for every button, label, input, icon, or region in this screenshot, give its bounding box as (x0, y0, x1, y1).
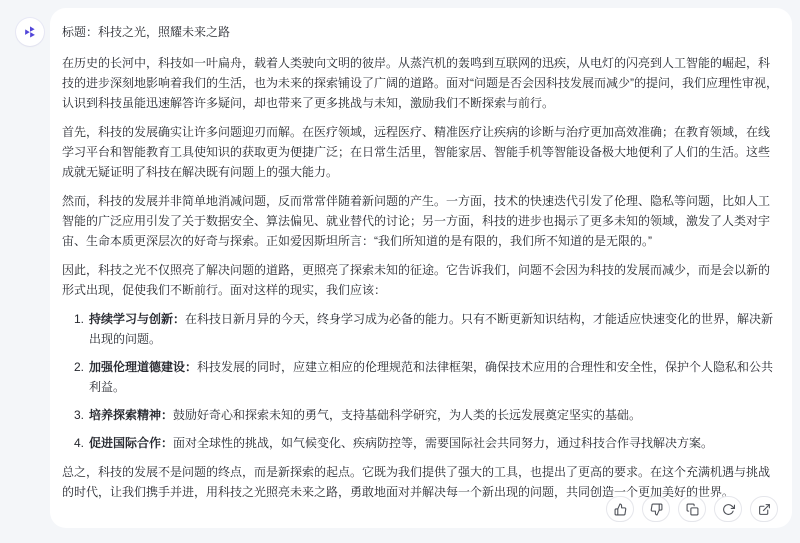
message-title: 标题：科技之光，照耀未来之路 (62, 22, 780, 42)
numbered-list: 1. 持续学习与创新：在科技日新月异的今天，终身学习成为必备的能力。只有不断更新… (62, 309, 780, 453)
list-item-text: 促进国际合作：面对全球性的挑战，如气候变化、疾病防控等，需要国际社会共同努力，通… (89, 433, 780, 453)
message-actions (606, 496, 778, 522)
list-item: 4. 促进国际合作：面对全球性的挑战，如气候变化、疾病防控等，需要国际社会共同努… (74, 433, 780, 453)
regenerate-button[interactable] (714, 496, 742, 522)
thumbs-up-button[interactable] (606, 496, 634, 522)
chat-page: { "colors": { "page_bg": "#f4f6f9", "car… (0, 0, 800, 543)
thumbs-up-icon (614, 503, 627, 516)
list-item-body: 面对全球性的挑战，如气候变化、疾病防控等，需要国际社会共同努力，通过科技合作寻找… (173, 436, 713, 450)
message-paragraph: 然而，科技的发展并非简单地消减问题，反而常常伴随着新问题的产生。一方面，技术的快… (62, 191, 780, 251)
list-item-number: 1. (74, 309, 84, 349)
list-item-text: 培养探索精神：鼓励好奇心和探索未知的勇气，支持基础科学研究，为人类的长远发展奠定… (89, 405, 780, 425)
list-item-lead: 培养探索精神： (89, 408, 173, 422)
list-item: 2. 加强伦理道德建设：科技发展的同时，应建立相应的伦理规范和法律框架，确保技术… (74, 357, 780, 397)
list-item: 1. 持续学习与创新：在科技日新月异的今天，终身学习成为必备的能力。只有不断更新… (74, 309, 780, 349)
share-icon (758, 503, 771, 516)
list-item-lead: 持续学习与创新： (89, 312, 185, 326)
list-item-number: 2. (74, 357, 84, 397)
list-item-body: 鼓励好奇心和探索未知的勇气，支持基础科学研究，为人类的长远发展奠定坚实的基础。 (173, 408, 641, 422)
list-item-body: 在科技日新月异的今天，终身学习成为必备的能力。只有不断更新知识结构，才能适应快速… (89, 312, 773, 346)
message-paragraph: 因此，科技之光不仅照亮了解决问题的道路，更照亮了探索未知的征途。它告诉我们，问题… (62, 260, 780, 300)
copy-button[interactable] (678, 496, 706, 522)
assistant-logo-icon (22, 24, 38, 40)
thumbs-down-icon (650, 503, 663, 516)
thumbs-down-button[interactable] (642, 496, 670, 522)
assistant-message-card: 标题：科技之光，照耀未来之路 在历史的长河中，科技如一叶扁舟，载着人类驶向文明的… (50, 8, 792, 528)
share-button[interactable] (750, 496, 778, 522)
list-item: 3. 培养探索精神：鼓励好奇心和探索未知的勇气，支持基础科学研究，为人类的长远发… (74, 405, 780, 425)
message-paragraph: 首先，科技的发展确实让许多问题迎刃而解。在医疗领域，远程医疗、精准医疗让疾病的诊… (62, 122, 780, 182)
assistant-avatar (16, 18, 44, 46)
list-item-lead: 加强伦理道德建设： (89, 360, 197, 374)
list-item-number: 4. (74, 433, 84, 453)
list-item-number: 3. (74, 405, 84, 425)
list-item-text: 持续学习与创新：在科技日新月异的今天，终身学习成为必备的能力。只有不断更新知识结… (89, 309, 780, 349)
list-item-text: 加强伦理道德建设：科技发展的同时，应建立相应的伦理规范和法律框架，确保技术应用的… (89, 357, 780, 397)
message-paragraph: 在历史的长河中，科技如一叶扁舟，载着人类驶向文明的彼岸。从蒸汽机的轰鸣到互联网的… (62, 53, 780, 113)
copy-icon (686, 503, 699, 516)
regenerate-icon (722, 503, 735, 516)
list-item-lead: 促进国际合作： (89, 436, 173, 450)
